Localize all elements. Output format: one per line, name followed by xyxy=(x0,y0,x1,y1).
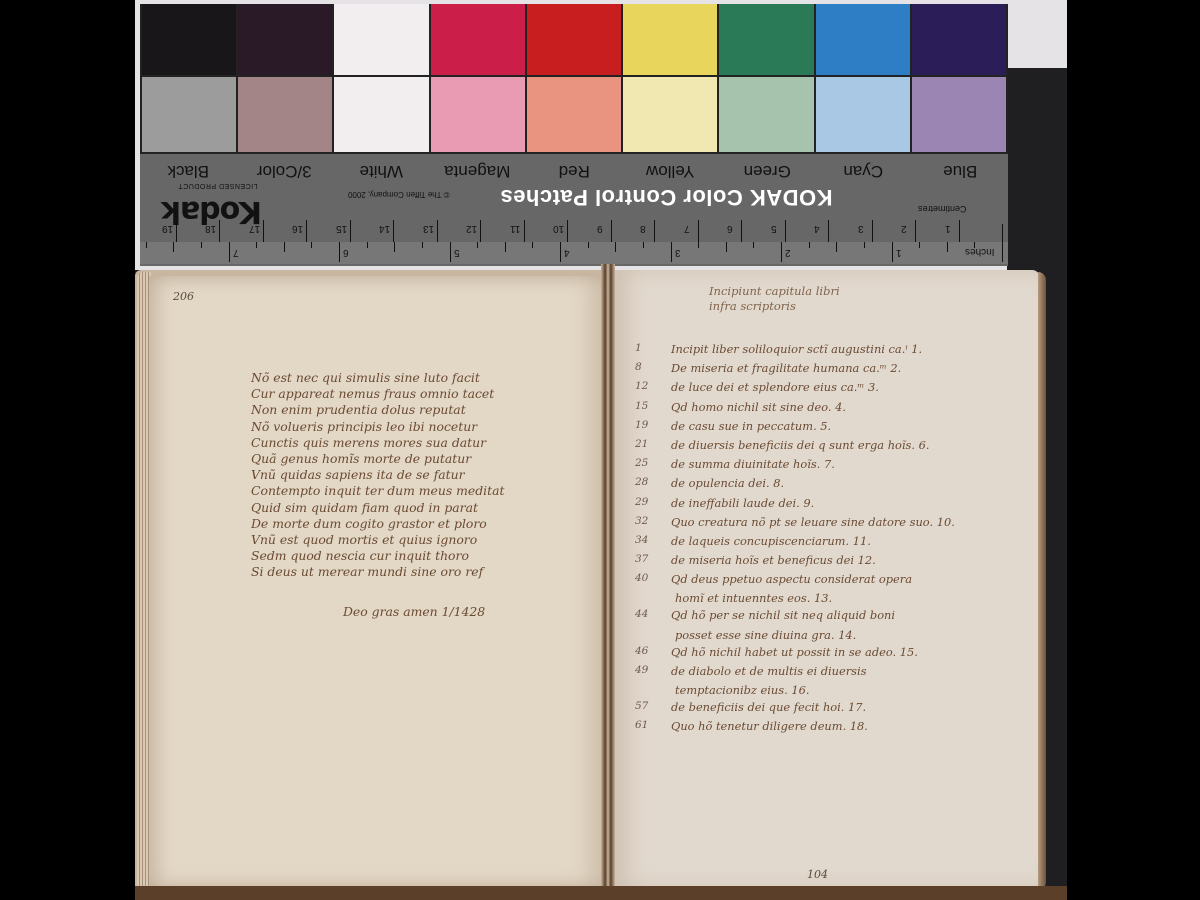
toc-entry: posset esse sine diuina gra. 14. xyxy=(635,628,1035,645)
ruler-tick xyxy=(339,242,340,262)
licensed-product-text: LICENSED PRODUCT xyxy=(178,182,258,189)
inches-label: Inches xyxy=(965,246,994,257)
verse-line: Si deus ut merear mundi sine oro ref xyxy=(251,564,551,580)
toc-heading: Incipiunt capitula libri infra scriptori… xyxy=(709,284,840,314)
ruler-tick xyxy=(615,242,616,252)
ruler-tick xyxy=(219,220,220,242)
toc-chapter-title: de opulencia dei. 8. xyxy=(671,476,784,490)
ruler-tick xyxy=(480,220,481,242)
toc-page-number: 25 xyxy=(635,457,671,469)
toc-entry: 37de miseria hoĩs et beneficus dei 12. xyxy=(635,553,1035,572)
toc-page-number: 49 xyxy=(635,664,671,676)
cm-tick-label: 13 xyxy=(423,223,434,234)
chart-title: KODAK Color Control Patches xyxy=(500,184,833,210)
patch-labels: Black3/ColorWhiteMagentaRedYellowGreenCy… xyxy=(140,156,1008,186)
cm-tick-label: 14 xyxy=(379,223,390,234)
verse-line: Vnũ quidas sapiens ita de se fatur xyxy=(251,467,551,483)
toc-page-number: 37 xyxy=(635,553,671,565)
verse-line: Nõ volueris principis leo ibi nocetur xyxy=(251,419,551,435)
color-patch-green-bottom xyxy=(719,77,813,152)
toc-chapter-title: homĩ et intuenntes eos. 13. xyxy=(671,591,832,605)
ruler-tick xyxy=(1002,242,1003,262)
ruler-tick xyxy=(741,220,742,242)
toc-page-number: 1 xyxy=(635,342,671,354)
toc-chapter-title: de summa diuinitate hoĩs. 7. xyxy=(671,457,835,471)
book-gutter xyxy=(601,264,615,900)
toc-page-number: 44 xyxy=(635,608,671,620)
ruler-tick xyxy=(698,220,699,242)
cm-tick-label: 10 xyxy=(553,223,564,234)
ruler-tick xyxy=(643,242,644,248)
verse-text: Nõ est nec qui simulis sine luto facitCu… xyxy=(251,370,551,581)
cm-tick-label: 2 xyxy=(901,223,907,234)
toc-page-number: 32 xyxy=(635,515,671,527)
ruler-tick xyxy=(828,220,829,242)
toc-entry: 49de diabolo et de multis ei diuersis xyxy=(635,664,1035,683)
toc-chapter-title: Qd hõ per se nichil sit neq aliquid boni xyxy=(671,608,895,622)
patch-label: Blue xyxy=(912,156,1008,186)
toc-heading-line: infra scriptoris xyxy=(709,299,840,314)
toc-chapter-title: de casu sue in peccatum. 5. xyxy=(671,419,831,433)
verse-line: Quid sim quidam fiam quod in parat xyxy=(251,500,551,516)
ruler-tick xyxy=(532,242,533,248)
toc-chapter-title: de ineffabili laude dei. 9. xyxy=(671,496,814,510)
toc-page-number: 61 xyxy=(635,719,671,731)
cm-tick-label: 17 xyxy=(249,223,260,234)
ruler-tick xyxy=(781,242,782,262)
inch-tick-label: 5 xyxy=(454,247,460,258)
color-patch-cyan-bottom xyxy=(816,77,910,152)
cm-tick-label: 9 xyxy=(597,223,603,234)
ruler-tick xyxy=(284,242,285,252)
toc-chapter-title: de diuersis beneficiis dei q sunt erga h… xyxy=(671,438,930,452)
toc-entry: 21de diuersis beneficiis dei q sunt erga… xyxy=(635,438,1035,457)
ruler-tick xyxy=(176,220,177,242)
patch-label: Cyan xyxy=(815,156,911,186)
color-patch-red-bottom xyxy=(527,77,621,152)
inch-tick-label: 6 xyxy=(343,247,349,258)
toc-chapter-title: de diabolo et de multis ei diuersis xyxy=(671,664,867,678)
verse-line: Non enim prudentia dolus reputat xyxy=(251,402,551,418)
ruler-tick xyxy=(201,242,202,248)
color-patch-yellow-bottom xyxy=(623,77,717,152)
color-patch-black-bottom xyxy=(142,77,236,152)
ruler-tick xyxy=(422,242,423,248)
toc-chapter-title: Quo creatura nõ pt se leuare sine datore… xyxy=(671,515,955,529)
page-edges-right xyxy=(1038,272,1046,890)
ruler-tick xyxy=(560,242,561,262)
ruler-tick xyxy=(654,220,655,242)
ruler-tick xyxy=(437,220,438,242)
inch-ruler: Inches 12345678 xyxy=(140,242,1008,264)
toc-entry: 15Qd homo nichil sit sine deo. 4. xyxy=(635,400,1035,419)
color-patch-yellow-top xyxy=(623,4,717,75)
color-patch-magenta-top xyxy=(431,4,525,75)
chart-brand-row: LICENSED PRODUCT Kodak © The Tiffen Comp… xyxy=(140,184,1008,220)
table-of-contents: 1Incipit liber soliloquior sctĩ augustin… xyxy=(635,342,1035,738)
color-patch-red-top xyxy=(527,4,621,75)
cm-tick-label: 16 xyxy=(292,223,303,234)
ruler-tick xyxy=(947,242,948,252)
folio-number-right: 104 xyxy=(807,868,828,881)
left-page xyxy=(149,276,605,888)
toc-chapter-title: de beneficiis dei que fecit hoi. 17. xyxy=(671,700,866,714)
ruler-tick xyxy=(1002,224,1003,242)
book-bottom-edge xyxy=(135,886,1067,900)
toc-entry: 1Incipit liber soliloquior sctĩ augustin… xyxy=(635,342,1035,361)
toc-entry: 28de opulencia dei. 8. xyxy=(635,476,1035,495)
ruler-tick xyxy=(146,242,147,248)
toc-entry: 8De miseria et fragilitate humana ca.ᵐ 2… xyxy=(635,361,1035,380)
toc-entry: 12de luce dei et splendore eius ca.ᵐ 3. xyxy=(635,380,1035,399)
toc-heading-line: Incipiunt capitula libri xyxy=(709,284,840,299)
ruler-tick xyxy=(753,242,754,248)
color-patches xyxy=(140,4,1008,154)
color-patch-3-color-top xyxy=(238,4,332,75)
cm-tick-label: 11 xyxy=(510,223,520,234)
verse-line: De morte dum cogito grastor et ploro xyxy=(251,516,551,532)
color-patch-3-color-bottom xyxy=(238,77,332,152)
folio-number-left: 206 xyxy=(173,290,194,303)
toc-page-number: 28 xyxy=(635,476,671,488)
inch-tick-label: 3 xyxy=(675,247,681,258)
color-patch-black-top xyxy=(142,4,236,75)
ruler-tick xyxy=(809,242,810,248)
cm-tick-label: 4 xyxy=(814,223,820,234)
verse-line: Vnũ est quod mortis et quius ignoro xyxy=(251,532,551,548)
explicit-line: Deo gras amen 1/1428 xyxy=(343,604,485,619)
color-patch-green-top xyxy=(719,4,813,75)
manuscript-scan: Black3/ColorWhiteMagentaRedYellowGreenCy… xyxy=(135,0,1067,900)
toc-chapter-title: temptacionibz eius. 16. xyxy=(671,683,809,697)
toc-page-number: 34 xyxy=(635,534,671,546)
centimetres-label: Centimetres xyxy=(918,204,967,214)
ruler-tick xyxy=(785,220,786,242)
verse-line: Contempto inquit ter dum meus meditat xyxy=(251,483,551,499)
ruler-tick xyxy=(229,242,230,262)
cm-tick-label: 12 xyxy=(466,223,477,234)
ruler-tick xyxy=(698,242,699,248)
toc-chapter-title: de luce dei et splendore eius ca.ᵐ 3. xyxy=(671,380,879,394)
toc-entry: 25de summa diuinitate hoĩs. 7. xyxy=(635,457,1035,476)
cm-tick-label: 15 xyxy=(336,223,347,234)
toc-entry: 19de casu sue in peccatum. 5. xyxy=(635,419,1035,438)
ruler-tick xyxy=(588,242,589,248)
toc-chapter-title: Qd homo nichil sit sine deo. 4. xyxy=(671,400,846,414)
ruler-tick xyxy=(726,242,727,252)
verse-line: Sedm quod nescia cur inquit thoro xyxy=(251,548,551,564)
ruler-tick xyxy=(263,220,264,242)
ruler-tick xyxy=(306,220,307,242)
toc-page-number: 12 xyxy=(635,380,671,392)
ruler-tick xyxy=(872,220,873,242)
ruler-tick xyxy=(611,220,612,242)
patch-label: Red xyxy=(526,156,622,186)
cm-tick-label: 6 xyxy=(727,223,733,234)
ruler-tick xyxy=(892,242,893,262)
copyright-text: © The Tiffen Company, 2000 xyxy=(348,190,450,199)
toc-entry: homĩ et intuenntes eos. 13. xyxy=(635,591,1035,608)
toc-page-number: 15 xyxy=(635,400,671,412)
cm-tick-label: 3 xyxy=(858,223,864,234)
color-patch-white-bottom xyxy=(334,77,428,152)
toc-chapter-title: de miseria hoĩs et beneficus dei 12. xyxy=(671,553,876,567)
toc-page-number: 29 xyxy=(635,496,671,508)
toc-page-number: 46 xyxy=(635,645,671,657)
ruler-tick xyxy=(919,242,920,248)
patch-label: Magenta xyxy=(429,156,525,186)
toc-entry: 34de laqueis concupiscenciarum. 11. xyxy=(635,534,1035,553)
cm-tick-label: 7 xyxy=(684,223,690,234)
toc-page-number: 57 xyxy=(635,700,671,712)
toc-page-number: 19 xyxy=(635,419,671,431)
ruler-tick xyxy=(394,242,395,252)
ruler-tick xyxy=(173,242,174,252)
open-book: 206 Nõ est nec qui simulis sine luto fac… xyxy=(135,264,1067,900)
toc-chapter-title: de laqueis concupiscenciarum. 11. xyxy=(671,534,871,548)
toc-chapter-title: Qd hõ nichil habet ut possit in se adeo.… xyxy=(671,645,918,659)
ruler-tick xyxy=(959,220,960,242)
ruler-tick xyxy=(450,242,451,262)
verse-line: Nõ est nec qui simulis sine luto facit xyxy=(251,370,551,386)
ruler-tick xyxy=(311,242,312,248)
inch-tick-label: 7 xyxy=(233,247,239,258)
toc-chapter-title: De miseria et fragilitate humana ca.ᵐ 2. xyxy=(671,361,901,375)
toc-entry: temptacionibz eius. 16. xyxy=(635,683,1035,700)
ruler-tick xyxy=(836,242,837,252)
ruler-tick xyxy=(864,242,865,248)
ruler-tick xyxy=(505,242,506,252)
toc-entry: 61Quo hõ tenetur diligere deum. 18. xyxy=(635,719,1035,738)
toc-chapter-title: posset esse sine diuina gra. 14. xyxy=(671,628,856,642)
ruler-tick xyxy=(524,220,525,242)
color-patch-blue-top xyxy=(912,4,1006,75)
ruler-tick xyxy=(367,242,368,248)
toc-entry: 57de beneficiis dei que fecit hoi. 17. xyxy=(635,700,1035,719)
toc-entry: 40Qd deus ppetuo aspectu considerat oper… xyxy=(635,572,1035,591)
centimetre-ruler: 12345678910111213141516171819 xyxy=(140,220,1008,243)
cm-tick-label: 8 xyxy=(640,223,646,234)
toc-entry: 29de ineffabili laude dei. 9. xyxy=(635,496,1035,515)
cm-tick-label: 18 xyxy=(205,223,216,234)
ruler-tick xyxy=(974,242,975,248)
toc-chapter-title: Quo hõ tenetur diligere deum. 18. xyxy=(671,719,868,733)
color-patch-magenta-bottom xyxy=(431,77,525,152)
ruler-tick xyxy=(567,220,568,242)
inch-tick-label: 1 xyxy=(896,247,902,258)
verse-line: Quã genus homĩs morte de putatur xyxy=(251,451,551,467)
toc-chapter-title: Qd deus ppetuo aspectu considerat opera xyxy=(671,572,912,586)
patch-label: Green xyxy=(719,156,815,186)
color-patch-white-top xyxy=(334,4,428,75)
inch-tick-label: 4 xyxy=(564,247,570,258)
inch-tick-label: 2 xyxy=(785,247,791,258)
toc-page-number: 8 xyxy=(635,361,671,373)
toc-page-number: 21 xyxy=(635,438,671,450)
toc-entry: 32Quo creatura nõ pt se leuare sine dato… xyxy=(635,515,1035,534)
kodak-color-chart: Black3/ColorWhiteMagentaRedYellowGreenCy… xyxy=(140,4,1008,266)
verse-line: Cur appareat nemus fraus omnio tacet xyxy=(251,386,551,402)
color-patch-blue-bottom xyxy=(912,77,1006,152)
toc-entry: 44Qd hõ per se nichil sit neq aliquid bo… xyxy=(635,608,1035,627)
cm-tick-label: 1 xyxy=(945,223,951,234)
ruler-tick xyxy=(477,242,478,248)
ruler-tick xyxy=(256,242,257,248)
color-patch-cyan-top xyxy=(816,4,910,75)
verse-line: Cunctis quis merens mores sua datur xyxy=(251,435,551,451)
patch-label: White xyxy=(333,156,429,186)
toc-chapter-title: Incipit liber soliloquior sctĩ augustini… xyxy=(671,342,922,356)
toc-entry: 46Qd hõ nichil habet ut possit in se ade… xyxy=(635,645,1035,664)
ruler-tick xyxy=(915,220,916,242)
ruler-tick xyxy=(393,220,394,242)
patch-label: Yellow xyxy=(622,156,718,186)
ruler-tick xyxy=(671,242,672,262)
toc-page-number: 40 xyxy=(635,572,671,584)
ruler-tick xyxy=(350,220,351,242)
cm-tick-label: 5 xyxy=(771,223,777,234)
cm-tick-label: 19 xyxy=(162,223,173,234)
